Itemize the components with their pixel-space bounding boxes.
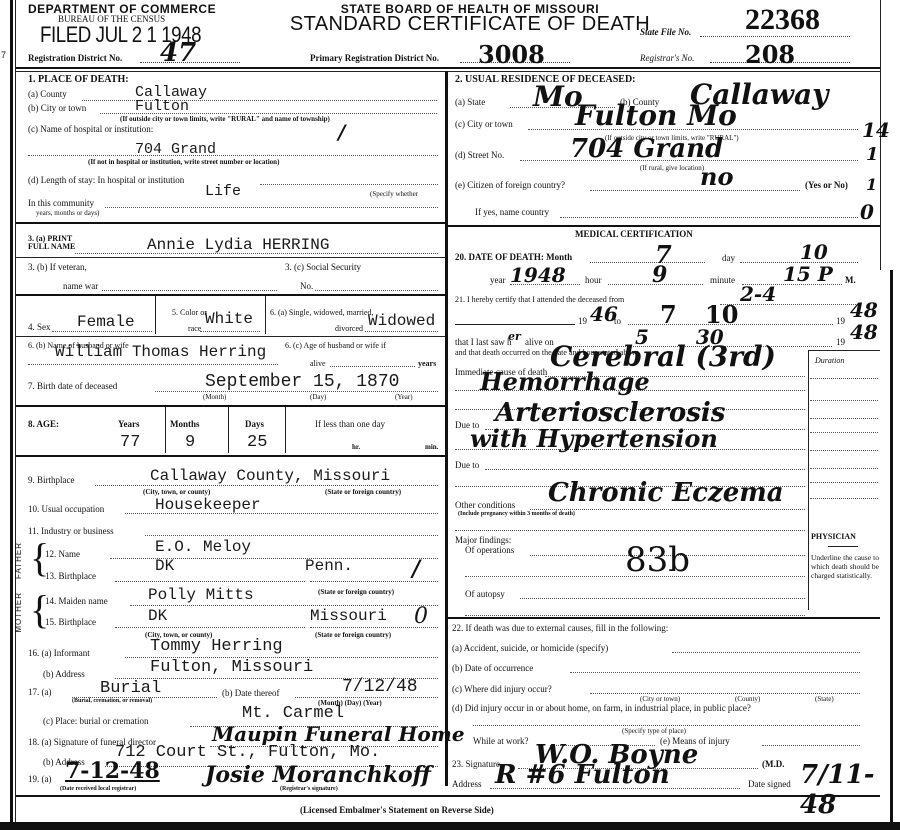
- major-findings-label: Major findings:: [455, 535, 511, 545]
- stay-label: (d) Length of stay: In hospital or insti…: [28, 175, 184, 185]
- md-label: (M.D.: [762, 759, 785, 769]
- res-state-label: (a) State: [455, 97, 485, 107]
- spouse-name: William Thomas Herring: [55, 343, 266, 361]
- father-birth-label: 13. Birthplace: [45, 571, 96, 581]
- medical-heading: MEDICAL CERTIFICATION: [575, 229, 693, 239]
- autopsy-label: Of autopsy: [465, 589, 505, 599]
- external-c-label: (c) Where did injury occur?: [452, 684, 552, 694]
- external-d-label: (d) Did injury occur in or about home, o…: [452, 703, 751, 713]
- date-thereof-label: (b) Date thereof: [222, 688, 279, 698]
- mother-birth-label: 15. Birthplace: [45, 617, 96, 627]
- registrar-no: 208: [745, 40, 795, 69]
- father-state-note: (State or foreign country): [318, 588, 394, 596]
- race: White: [205, 310, 253, 328]
- certificate-title: STANDARD CERTIFICATE OF DEATH: [265, 13, 675, 36]
- marital-status: Widowed: [368, 312, 435, 330]
- date-received: 7-12-48: [65, 758, 160, 784]
- occupation: Housekeeper: [155, 496, 261, 514]
- physician-heading: PHYSICIAN: [811, 532, 856, 541]
- year-label: year: [490, 275, 506, 285]
- min-label: min.: [425, 443, 438, 451]
- state-file-no: 22368: [745, 3, 820, 37]
- margin-mark: 7: [1, 50, 6, 60]
- attended-from: 2-4: [740, 282, 776, 306]
- registrar-signature: Josie Moranchkoff: [205, 762, 431, 788]
- to-year-prefix: 19: [836, 316, 845, 326]
- father-birth-city: DK: [155, 557, 174, 575]
- hr-label: hr.: [352, 443, 360, 451]
- physician-address-label: Address: [452, 779, 482, 789]
- other-conditions-note: (Include pregnancy within 3 months of de…: [458, 511, 575, 517]
- death-minute: 15 P: [783, 262, 833, 286]
- res-city: Fulton Mo: [575, 99, 737, 132]
- other-conditions-label: Other conditions: [455, 500, 515, 510]
- alive-label: alive: [310, 359, 326, 368]
- due-to-2: with Hypertension: [470, 424, 718, 453]
- informant-label: 16. (a) Informant: [28, 648, 90, 658]
- veteran-label: 3. (b) If veteran,: [28, 262, 87, 272]
- margin-note-2: 1: [866, 144, 879, 165]
- spouse-age-label: 6. (c) Age of husband or wife if: [285, 341, 386, 350]
- age-label: 8. AGE:: [28, 419, 59, 429]
- full-name: Annie Lydia HERRING: [147, 236, 329, 254]
- primary-district-label: Primary Registration District No.: [310, 53, 439, 63]
- ssn-no-label: No.: [300, 281, 313, 291]
- hospital-note: (If not in hospital or institution, writ…: [88, 158, 279, 166]
- occupation-label: 10. Usual occupation: [28, 504, 104, 514]
- registration-district-label: Registration District No.: [28, 53, 122, 63]
- war-label: name war: [63, 281, 98, 291]
- father-name-label: 12. Name: [45, 549, 80, 559]
- place-of-death-heading: 1. PLACE OF DEATH:: [28, 74, 129, 85]
- sex: Female: [77, 313, 135, 331]
- statistical-code: 83b: [625, 540, 690, 580]
- birthplace-label: 9. Birthplace: [28, 475, 75, 485]
- hospital-label: (c) Name of hospital or institution:: [28, 124, 153, 134]
- father-name: E.O. Meloy: [155, 538, 251, 556]
- minute-label: minute: [710, 275, 735, 285]
- column-divider: [445, 71, 448, 786]
- last-year-prefix: 19: [836, 337, 845, 347]
- disposition-note: (Burial, cremation, or removal): [72, 698, 152, 704]
- age-years: 77: [120, 433, 140, 452]
- birthplace-city-note: (City, town, or county): [143, 488, 210, 496]
- physician-address: R #6 Fulton: [495, 760, 670, 790]
- external-heading: 22. If death was due to external causes,…: [452, 623, 668, 633]
- res-street: 704 Grand: [570, 134, 723, 164]
- country-label: If yes, name country: [475, 207, 549, 217]
- last-year: 48: [850, 320, 878, 344]
- day-label: day: [722, 253, 735, 263]
- right-border: [890, 270, 893, 822]
- last-saw-label: that I last saw h: [455, 337, 512, 347]
- hour-label: hour: [585, 275, 602, 285]
- margin-note-3: 1: [866, 175, 877, 194]
- ssn-label: 3. (c) Social Security: [285, 262, 361, 272]
- duration-label: Duration: [815, 356, 844, 365]
- mother-name-label: 14. Maiden name: [45, 596, 108, 606]
- duration-column-divider: [808, 350, 809, 610]
- received-note: (Date received local registrar): [60, 786, 136, 792]
- death-city: Fulton: [135, 98, 189, 115]
- marital-label-1: 6. (a) Single, widowed, married,: [270, 308, 374, 317]
- signature-label: 23. Signature: [452, 759, 500, 769]
- while-at-work-label: While at work?: [473, 736, 528, 746]
- less-than-day-label: If less than one day: [315, 419, 385, 429]
- race-label-1: 5. Color or: [172, 308, 207, 317]
- received-label: 19. (a): [28, 774, 52, 784]
- burial-date: 7/12/48: [342, 677, 418, 697]
- state-file-label: State File No.: [640, 27, 691, 37]
- am-pm-label: M.: [845, 275, 856, 285]
- physician-note: Underline the cause to which death shoul…: [811, 553, 879, 580]
- father-side-label: FATHER: [14, 542, 28, 579]
- city-label: (b) City or town: [28, 103, 86, 113]
- citizen-label: (e) Citizen of foreign country?: [455, 180, 565, 190]
- d-note: (Specify type of place): [622, 727, 686, 735]
- external-b-label: (b) Date of occurrence: [452, 663, 533, 673]
- immediate-cause-2: Hemorrhage: [480, 367, 650, 396]
- city-note: (If outside city or town limits, write "…: [120, 115, 330, 123]
- left-border: [10, 0, 13, 822]
- primary-district-no: 3008: [478, 40, 545, 69]
- father-birth-state: Penn.: [305, 557, 353, 575]
- age-years-label: Years: [118, 419, 140, 429]
- from-year-prefix: 19: [578, 316, 587, 326]
- informant-name: Tommy Herring: [150, 637, 283, 656]
- birth-date: September 15, 1870: [205, 372, 399, 392]
- res-street-label: (d) Street No.: [455, 150, 504, 160]
- last-saw-pronoun: er: [508, 330, 521, 343]
- informant-address: Fulton, Missouri: [150, 658, 313, 677]
- registrar-no-label: Registrar's No.: [640, 53, 694, 63]
- age-days-label: Days: [245, 419, 264, 429]
- death-hospital: 704 Grand: [135, 141, 216, 158]
- birthplace-state-note: (State or foreign country): [325, 488, 401, 496]
- age-months: 9: [185, 433, 195, 452]
- day-note: (Day): [310, 393, 326, 401]
- mother-side-label: MOTHER: [14, 592, 28, 633]
- death-day: 10: [800, 240, 828, 264]
- footer-note: (Licensed Embalmer's Statement on Revers…: [300, 805, 494, 815]
- bottom-border: [0, 822, 900, 830]
- registration-district-no: 47: [160, 38, 196, 68]
- header-divider: [16, 67, 880, 69]
- citizen-suffix: (Yes or No): [805, 180, 848, 190]
- community-label: In this community: [28, 198, 94, 208]
- date-signed: 7/11-48: [800, 760, 900, 820]
- c-note-city: (City or town): [640, 695, 680, 703]
- birth-date-label: 7. Birth date of deceased: [28, 381, 117, 391]
- date-of-death-label: 20. DATE OF DEATH: Month: [455, 252, 572, 262]
- c-note-state: (State): [815, 695, 834, 703]
- mother-birth-state: Missouri: [310, 607, 387, 625]
- marital-label-2: divorced: [335, 324, 363, 333]
- community-note: years, months or days): [36, 209, 99, 217]
- length-of-stay: Life: [205, 183, 241, 200]
- citizen-answer: no: [700, 162, 733, 191]
- left-border-inner: [15, 0, 16, 822]
- margin-note-4: 0: [860, 200, 874, 224]
- death-hour: 9: [652, 262, 667, 288]
- years-label: years: [418, 359, 436, 368]
- county-label: (a) County: [28, 89, 67, 99]
- res-city-label: (c) City or town: [455, 119, 513, 129]
- age-days: 25: [247, 433, 267, 452]
- burial-place-label: (c) Place: burial or cremation: [43, 716, 148, 726]
- month-note: (Month): [203, 393, 226, 401]
- date-signed-label: Date signed: [748, 779, 791, 789]
- operations-label: Of operations: [465, 545, 514, 555]
- c-note-county: (County): [735, 695, 760, 703]
- burial-place: Mt. Carmel: [242, 704, 344, 723]
- mother-state-note: (State or foreign country): [315, 631, 391, 639]
- to-label: to: [614, 316, 621, 326]
- sex-label: 4. Sex: [28, 322, 51, 332]
- mother-birth-city: DK: [148, 607, 167, 625]
- specify-note: (Specify whether: [370, 190, 418, 198]
- name-label-2: FULL NAME: [28, 243, 75, 251]
- death-year: 1948: [510, 263, 566, 287]
- informant-address-label: (b) Address: [43, 669, 85, 679]
- other-conditions: Chronic Eczema: [548, 478, 784, 508]
- birthplace: Callaway County, Missouri: [150, 467, 390, 485]
- age-months-label: Months: [170, 419, 200, 429]
- margin-note-1: 14: [862, 118, 890, 142]
- external-a-label: (a) Accident, suicide, or homicide (spec…: [452, 643, 608, 653]
- registrar-note: (Registrar's signature): [280, 786, 338, 792]
- res-street-note: (If rural, give location): [640, 164, 704, 172]
- disposition: Burial: [100, 679, 161, 698]
- mother-name: Polly Mitts: [148, 586, 254, 604]
- disposition-label: 17. (a): [28, 687, 52, 697]
- to-year: 48: [850, 298, 878, 322]
- due-to-label-2: Due to: [455, 460, 479, 470]
- year-note: (Year): [395, 393, 413, 401]
